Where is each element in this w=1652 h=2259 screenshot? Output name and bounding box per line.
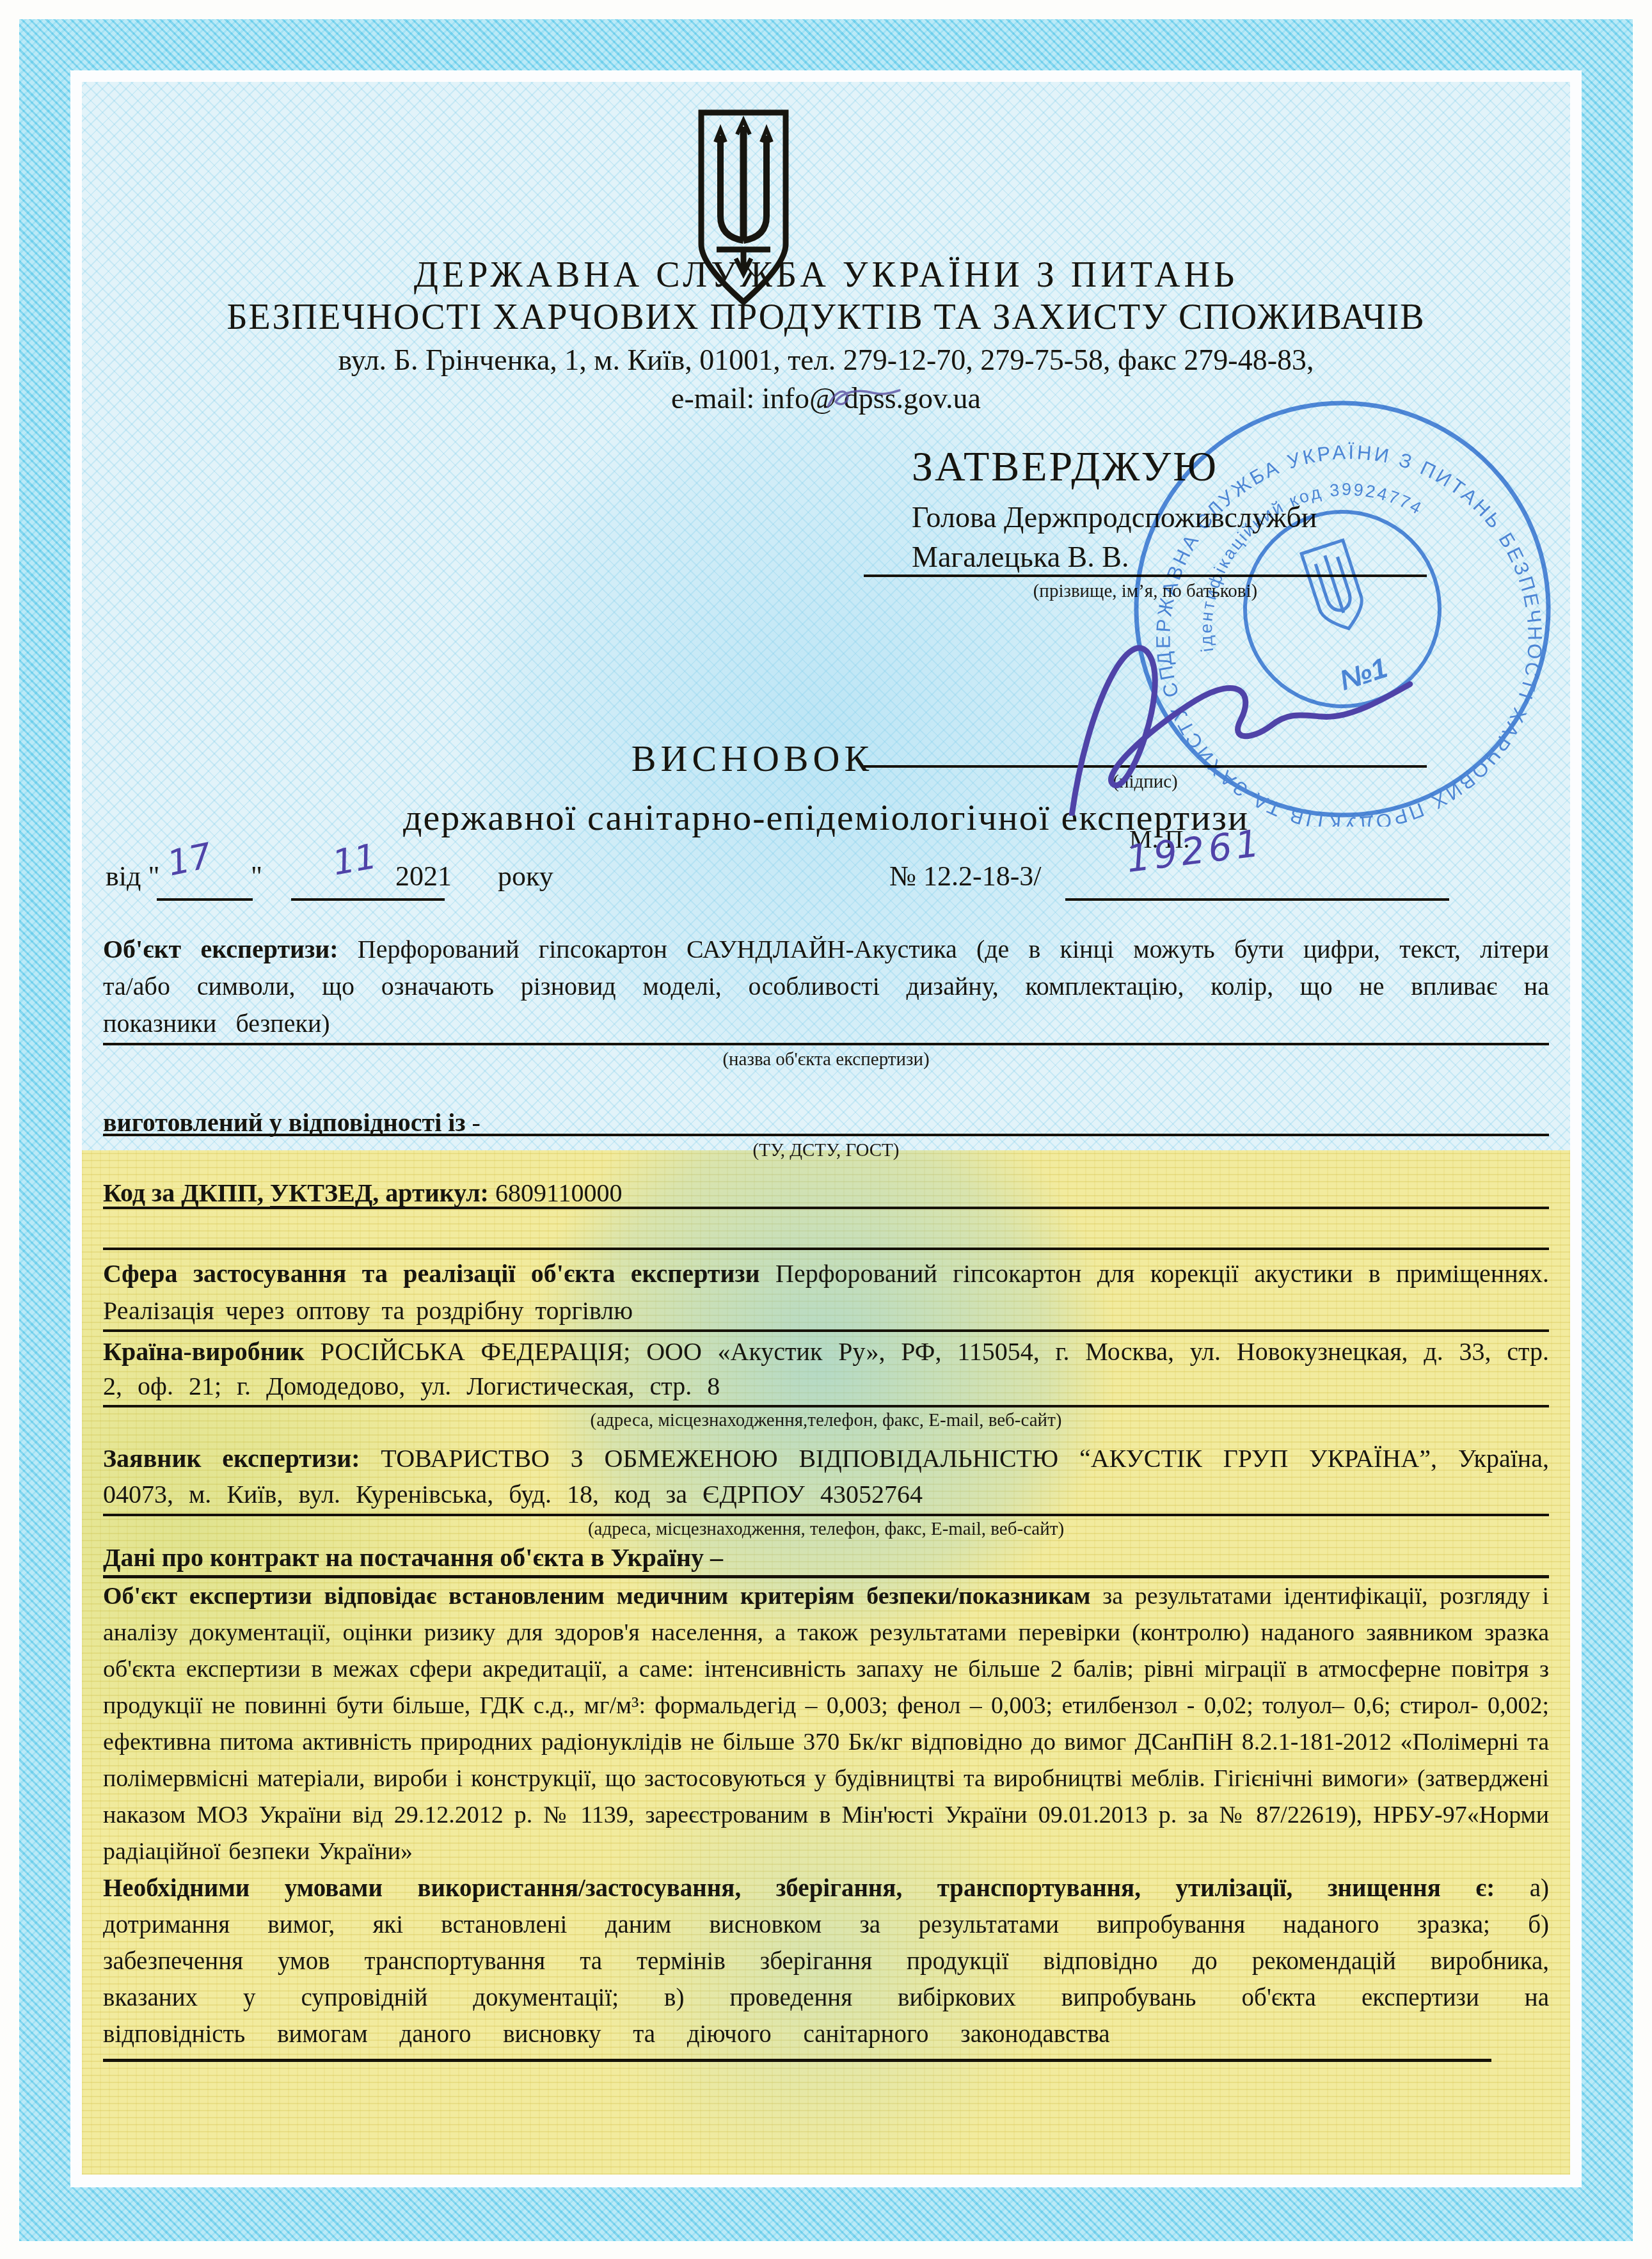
manufactured-label: виготовлений у відповідності із	[103, 1108, 466, 1137]
object-label: Об'єкт експертизи:	[103, 935, 358, 963]
day-line	[157, 898, 253, 901]
conclusion-text: за результатами ідентифікації, розгляду …	[103, 1583, 1549, 1865]
month-line	[291, 898, 445, 901]
conditions-label: Необхідними умовами використання/застосу…	[103, 1875, 1530, 1902]
org-address: вул. Б. Грінченка, 1, м. Київ, 01001, те…	[103, 343, 1549, 377]
date-prefix: від "	[106, 860, 159, 892]
contract-label: Дані про контракт на постачання об'єкта …	[103, 1543, 1549, 1573]
producer-caption: (адреса, місцезнаходження,телефон, факс,…	[103, 1410, 1549, 1431]
sphere-label: Сфера застосування та реалізації об'єкта…	[103, 1259, 775, 1288]
object-caption: (назва об'єкта експертизи)	[103, 1049, 1549, 1070]
sphere-paragraph: Сфера застосування та реалізації об'єкта…	[103, 1255, 1549, 1329]
applicant-paragraph: Заявник експертизи: ТОВАРИСТВО З ОБМЕЖЕН…	[103, 1441, 1549, 1512]
code-prefix: Код за ДКПП,	[103, 1178, 270, 1207]
code-suffix: , артикул:	[372, 1178, 489, 1207]
code-rule	[103, 1207, 1549, 1209]
manufactured-rule	[103, 1134, 1549, 1136]
pen-mark	[825, 385, 902, 413]
conditions-paragraph: Необхідними умовами використання/застосу…	[103, 1870, 1549, 2052]
approver-name: Магалецька В. В.	[912, 540, 1129, 574]
applicant-label: Заявник експертизи:	[103, 1444, 381, 1473]
signature	[1043, 585, 1440, 816]
conclusion-label: Об'єкт експертизи відповідає встановлени…	[103, 1583, 1102, 1610]
org-name-line1: ДЕРЖАВНА СЛУЖБА УКРАЇНИ З ПИТАНЬ	[103, 255, 1549, 296]
date-year: 2021	[395, 860, 452, 892]
code-uktzed: УКТЗЕД	[270, 1178, 372, 1207]
object-paragraph: Об'єкт експертизи: Перфорований гіпсокар…	[103, 931, 1549, 1042]
conclusion-paragraph: Об'єкт експертизи відповідає встановлени…	[103, 1578, 1549, 1870]
blank-rule	[103, 1248, 1549, 1250]
applicant-caption: (адреса, місцезнаходження, телефон, факс…	[103, 1519, 1549, 1540]
object-line	[103, 1043, 1549, 1045]
producer-rule	[103, 1405, 1549, 1407]
sphere-rule	[103, 1329, 1549, 1332]
code-value: 6809110000	[489, 1178, 623, 1207]
date-close-quote: "	[251, 860, 262, 892]
producer-text: РОСІЙСЬКА ФЕДЕРАЦІЯ; ООО «Акустик Ру», Р…	[103, 1337, 1549, 1400]
applicant-rule	[103, 1514, 1549, 1516]
final-rule	[103, 2059, 1491, 2062]
manufactured-value: -	[466, 1108, 481, 1137]
document-page: ДЕРЖАВНА СЛУЖБА УКРАЇНИ З ПИТАНЬ БЕЗПЕЧН…	[0, 0, 1652, 2259]
document-number-label: № 12.2-18-3/	[889, 860, 1042, 892]
conclusion-section: Дані про контракт на постачання об'єкта …	[103, 1543, 1549, 2062]
producer-label: Країна-виробник	[103, 1337, 321, 1366]
handwritten-month: 11	[330, 836, 380, 884]
manufactured-caption: (ТУ, ДСТУ, ГОСТ)	[103, 1140, 1549, 1161]
date-year-word: року	[498, 860, 553, 892]
org-name-line2: БЕЗПЕЧНОСТІ ХАРЧОВИХ ПРОДУКТІВ ТА ЗАХИСТ…	[103, 297, 1549, 338]
producer-paragraph: Країна-виробник РОСІЙСЬКА ФЕДЕРАЦІЯ; ООО…	[103, 1335, 1549, 1404]
number-line	[1065, 898, 1449, 901]
